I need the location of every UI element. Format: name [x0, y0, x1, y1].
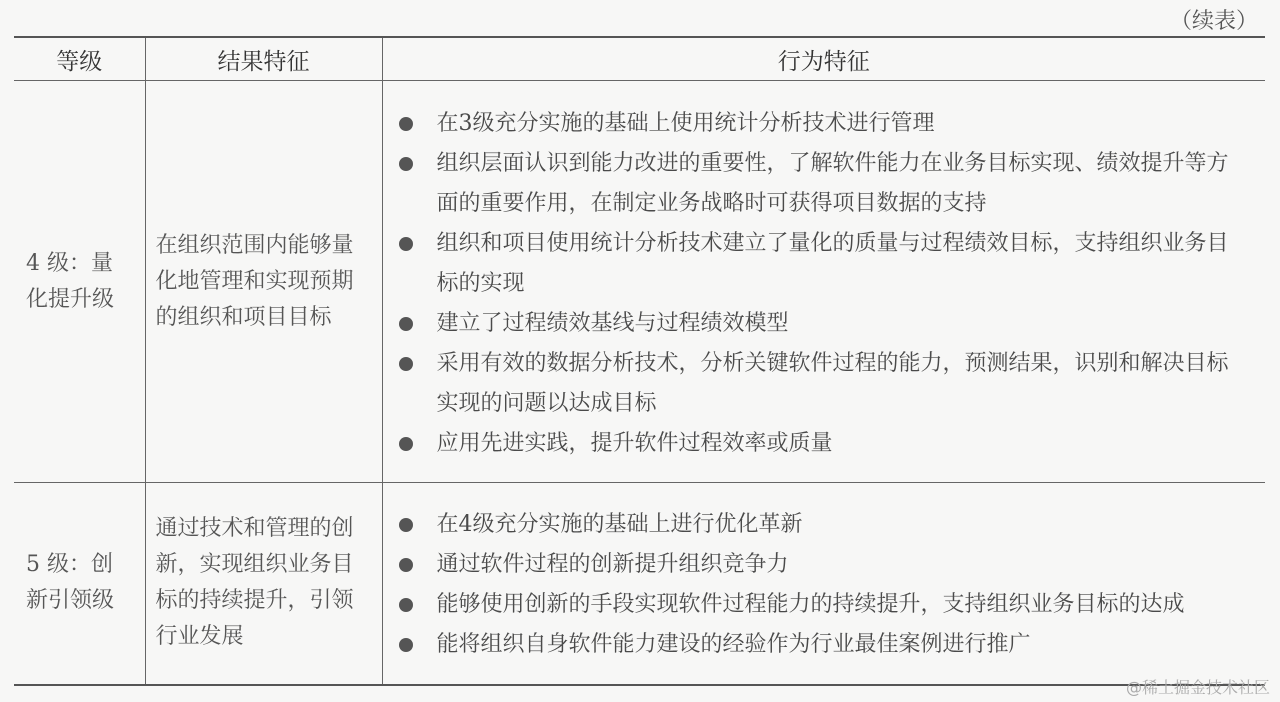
table-row-level-4: 4 级：量化提升级 在组织范围内能够量化地管理和实现预期的组织和项目目标 在3级…: [14, 81, 1265, 483]
bullet-icon: [399, 638, 413, 652]
level-cell: 4 级：量化提升级: [14, 81, 145, 483]
table-row-level-5: 5 级：创新引领级 通过技术和管理的创新，实现组织业务目标的持续提升，引领行业发…: [14, 483, 1265, 685]
bullet-icon: [399, 437, 413, 451]
header-result-features: 结果特征: [145, 37, 382, 81]
bullet-icon: [399, 157, 413, 171]
header-level: 等级: [14, 37, 145, 81]
header-behavior-features: 行为特征: [382, 37, 1265, 81]
list-item: 组织和项目使用统计分析技术建立了量化的质量与过程绩效目标，支持组织业务目标的实现: [397, 224, 1244, 304]
list-item: 组织层面认识到能力改进的重要性，了解软件能力在业务目标实现、绩效提升等方面的重要…: [397, 144, 1244, 224]
behavior-cell: 在4级充分实施的基础上进行优化革新 通过软件过程的创新提升组织竞争力 能够使用创…: [382, 483, 1265, 685]
bullet-icon: [399, 117, 413, 131]
list-item: 在3级充分实施的基础上使用统计分析技术进行管理: [397, 104, 1244, 144]
list-item: 应用先进实践，提升软件过程效率或质量: [397, 424, 1244, 464]
bullet-icon: [399, 598, 413, 612]
bullet-icon: [399, 237, 413, 251]
bullet-icon: [399, 558, 413, 572]
table-header-row: 等级 结果特征 行为特征: [14, 37, 1265, 81]
table-continued-caption: （续表）: [1170, 4, 1258, 35]
list-item: 采用有效的数据分析技术，分析关键软件过程的能力，预测结果，识别和解决目标实现的问…: [397, 344, 1244, 424]
behavior-cell: 在3级充分实施的基础上使用统计分析技术进行管理 组织层面认识到能力改进的重要性，…: [382, 81, 1265, 483]
bullet-icon: [399, 357, 413, 371]
result-cell: 在组织范围内能够量化地管理和实现预期的组织和项目目标: [145, 81, 382, 483]
capability-level-table: 等级 结果特征 行为特征 4 级：量化提升级 在组织范围内能够量化地管理和实现预…: [14, 36, 1265, 686]
level-cell: 5 级：创新引领级: [14, 483, 145, 685]
list-item: 能够使用创新的手段实现软件过程能力的持续提升，支持组织业务目标的达成: [397, 585, 1244, 625]
watermark: @稀土掘金技术社区: [1126, 675, 1270, 698]
list-item: 建立了过程绩效基线与过程绩效模型: [397, 304, 1244, 344]
bullet-icon: [399, 317, 413, 331]
list-item: 通过软件过程的创新提升组织竞争力: [397, 545, 1244, 585]
behavior-list: 在4级充分实施的基础上进行优化革新 通过软件过程的创新提升组织竞争力 能够使用创…: [397, 505, 1244, 665]
bullet-icon: [399, 518, 413, 532]
result-cell: 通过技术和管理的创新，实现组织业务目标的持续提升，引领行业发展: [145, 483, 382, 685]
list-item: 在4级充分实施的基础上进行优化革新: [397, 505, 1244, 545]
behavior-list: 在3级充分实施的基础上使用统计分析技术进行管理 组织层面认识到能力改进的重要性，…: [397, 104, 1244, 464]
list-item: 能将组织自身软件能力建设的经验作为行业最佳案例进行推广: [397, 625, 1244, 665]
